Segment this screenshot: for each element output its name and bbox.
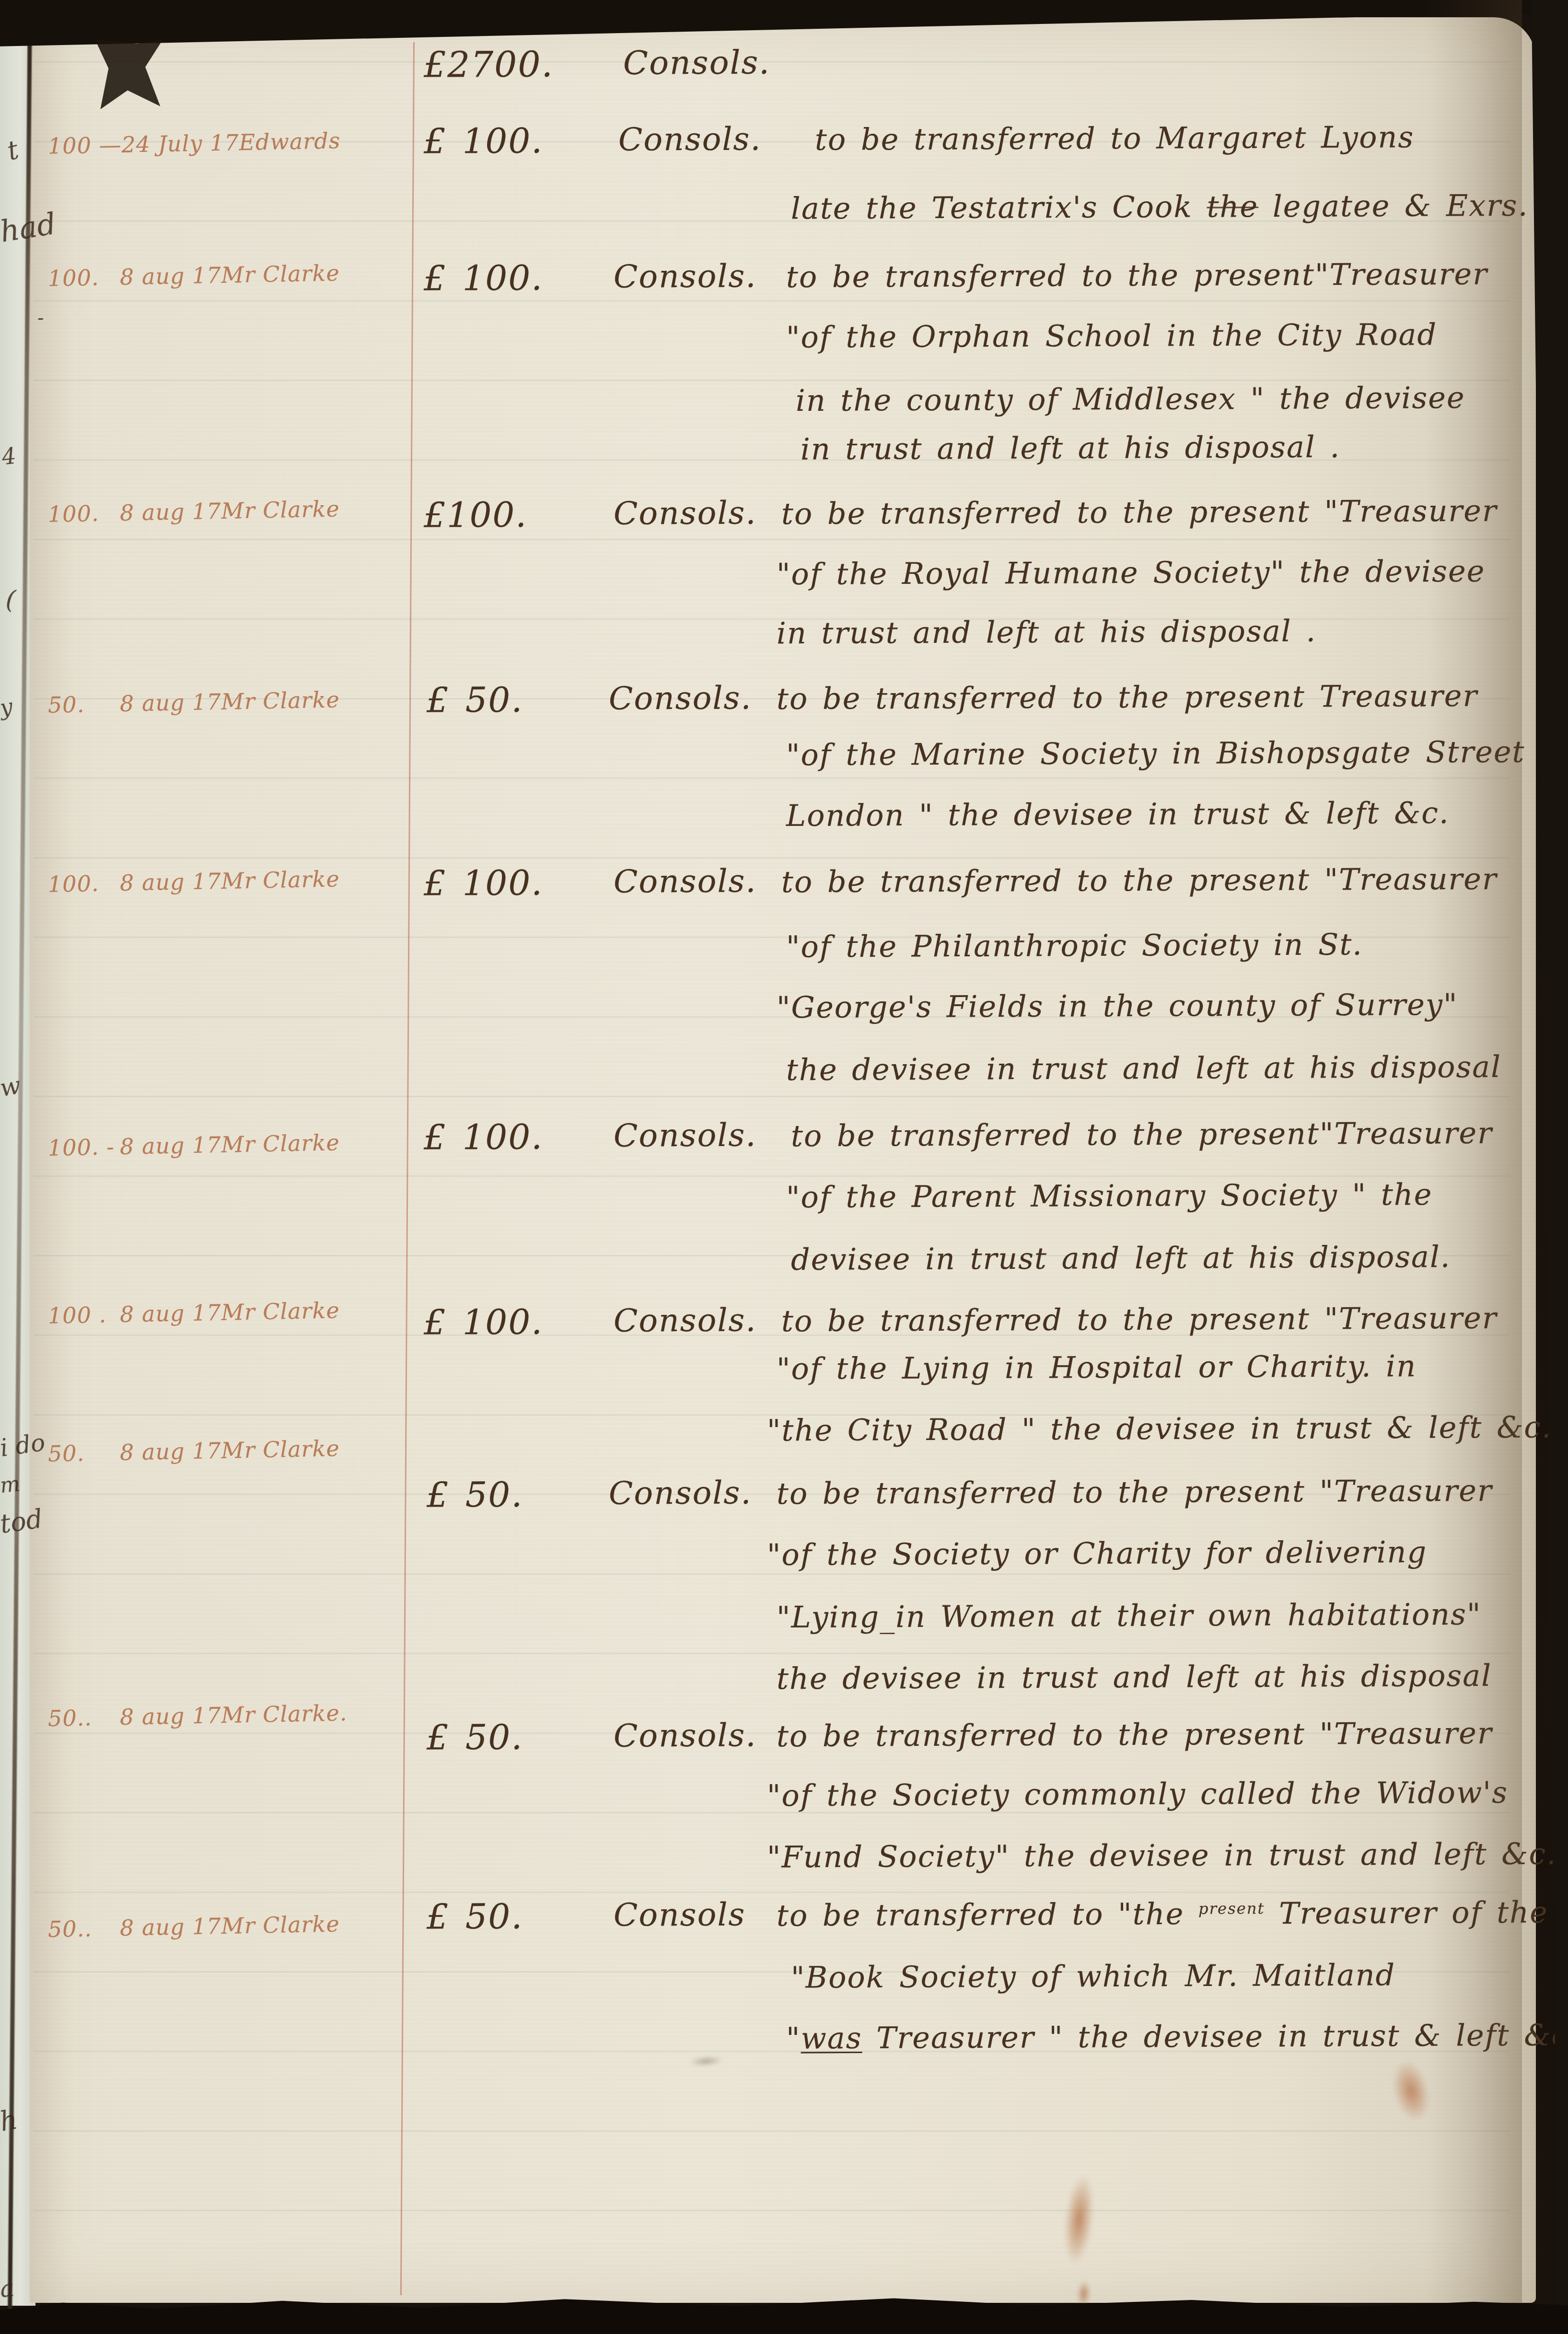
- ledger-line-chunk: £ 50.: [427, 680, 523, 720]
- ledger-line-chunk: to be transferred to the present Treasur…: [777, 678, 1478, 716]
- ledger-line: "of the Philanthropic Society in St.: [0, 928, 1568, 974]
- facing-ink-fragment: -: [37, 307, 44, 329]
- text-segment: London " the devisee in trust & left &c.: [786, 795, 1450, 833]
- text-segment: "of the Society or Charity for deliverin…: [767, 1534, 1427, 1572]
- text-segment: in trust and left at his disposal .: [801, 430, 1340, 467]
- text-segment: present: [1198, 1899, 1265, 1918]
- ledger-line: £ 50.Consols.to be transferred to the pr…: [0, 680, 1568, 726]
- ledger-line-chunk: £ 50.: [427, 1475, 523, 1515]
- ledger-line-chunk: in trust and left at his disposal .: [777, 614, 1316, 651]
- facing-ink-fragment: 4: [0, 443, 17, 470]
- ledger-line-chunk: the devisee in trust and left at his dis…: [777, 1658, 1492, 1696]
- facing-ink-fragment: (: [5, 585, 16, 615]
- text-segment: Consols.: [614, 1301, 757, 1339]
- ledger-line-chunk: Consols.: [609, 679, 752, 717]
- ledger-line-chunk: Consols.: [614, 862, 757, 900]
- ledger-line-chunk: "Lying_in Women at their own habitations…: [777, 1597, 1482, 1635]
- ledger-line-chunk: Consols.: [614, 494, 757, 532]
- page-right-shadow: [1426, 0, 1522, 2334]
- ledger-line-chunk: £ 100.: [424, 862, 543, 903]
- text-segment: to be transferred to the present"Treasur…: [791, 1115, 1493, 1153]
- ledger-line: the devisee in trust and left at his dis…: [0, 1051, 1568, 1097]
- text-segment: Consols.: [614, 494, 757, 532]
- ledger-line-chunk: Consols.: [614, 1116, 757, 1154]
- text-segment: Consols.: [614, 1717, 757, 1754]
- ledger-line-chunk: "of the Lying in Hospital or Charity. in: [777, 1348, 1417, 1386]
- text-segment: £2700.: [424, 44, 554, 85]
- ledger-line-chunk: Consols.: [614, 1717, 757, 1754]
- ledger-line-chunk: Consols.: [614, 257, 757, 295]
- text-segment: to be transferred to the present "Treasu…: [781, 1301, 1498, 1339]
- text-segment: devisee in trust and left at his disposa…: [791, 1239, 1451, 1277]
- text-segment: in the county of Middlesex " the devisee: [796, 380, 1465, 418]
- ledger-line: late the Testatrix's Cook the legatee & …: [0, 189, 1568, 235]
- text-segment: in trust and left at his disposal .: [777, 614, 1316, 651]
- ledger-line: "of the Lying in Hospital or Charity. in: [0, 1350, 1568, 1396]
- text-segment: to be transferred to the present "Treasu…: [781, 861, 1498, 900]
- ledger-line: £100.Consols.to be transferred to the pr…: [0, 495, 1568, 541]
- ledger-line: "was Treasurer " the devisee in trust & …: [0, 2019, 1568, 2065]
- text-segment: Consols.: [609, 679, 752, 717]
- ledger-line: in the county of Middlesex " the devisee: [0, 382, 1568, 428]
- ledger-line-chunk: to be transferred to the present"Treasur…: [786, 256, 1488, 294]
- ledger-line: "Book Society of which Mr. Maitland: [0, 1959, 1568, 2005]
- text-segment: "Book Society of which Mr. Maitland: [791, 1957, 1396, 1995]
- ledger-line-chunk: "of the Philanthropic Society in St.: [786, 927, 1363, 964]
- text-segment: £100.: [424, 495, 527, 535]
- text-segment: was: [801, 2020, 862, 2056]
- ledger-line-chunk: to be transferred to Margaret Lyons: [815, 119, 1414, 157]
- text-segment: Consols.: [609, 1474, 752, 1511]
- text-segment: "Lying_in Women at their own habitations…: [777, 1597, 1482, 1635]
- text-segment: "George's Fields in the county of Surrey…: [777, 987, 1458, 1025]
- text-segment: £ 100.: [424, 257, 543, 298]
- ledger-line-chunk: "of the Parent Missionary Society " the: [786, 1177, 1433, 1215]
- ledger-line: £ 100.Consols.to be transferred to the p…: [0, 258, 1568, 304]
- ledger-line-chunk: London " the devisee in trust & left &c.: [786, 795, 1450, 833]
- ledger-line-chunk: "of the Society commonly called the Wido…: [767, 1775, 1508, 1813]
- ledger-line: "of the Parent Missionary Society " the: [0, 1178, 1568, 1224]
- ledger-line: £ 100.Consols.to be transferred to Marga…: [0, 121, 1568, 167]
- text-segment: "of the Orphan School in the City Road: [786, 317, 1437, 355]
- ledger-line: £ 100.Consols.to be transferred to the p…: [0, 863, 1568, 909]
- text-segment: £ 100.: [424, 862, 543, 903]
- text-segment: to be transferred to the present Treasur…: [777, 678, 1478, 716]
- ledger-line: "of the Royal Humane Society" the devise…: [0, 555, 1568, 601]
- text-segment: "of the Philanthropic Society in St.: [786, 927, 1363, 964]
- text-segment: ": [786, 2020, 801, 2055]
- ledger-line: "Lying_in Women at their own habitations…: [0, 1598, 1568, 1644]
- ledger-line-chunk: "Book Society of which Mr. Maitland: [791, 1957, 1396, 1995]
- text-segment: "of the Lying in Hospital or Charity. in: [777, 1348, 1417, 1386]
- ledger-line-chunk: "of the Royal Humane Society" the devise…: [777, 554, 1486, 592]
- ledger-line: London " the devisee in trust & left &c.: [0, 797, 1568, 843]
- ledger-line-chunk: to be transferred to the present "Treasu…: [781, 493, 1498, 532]
- ledger-line-chunk: to be transferred to the present "Treasu…: [781, 861, 1498, 900]
- ledger-line-chunk: Consols.: [614, 1301, 757, 1339]
- ledger-line-chunk: devisee in trust and left at his disposa…: [791, 1239, 1451, 1277]
- ledger-line-chunk: £ 100.: [424, 257, 543, 298]
- ledger-line: "of the Society or Charity for deliverin…: [0, 1536, 1568, 1582]
- text-segment: "of the Parent Missionary Society " the: [786, 1177, 1433, 1215]
- facing-ink-fragment: m: [0, 1472, 21, 1498]
- text-segment: Consols.: [614, 1116, 757, 1154]
- ledger-line-chunk: "George's Fields in the county of Surrey…: [777, 987, 1458, 1025]
- text-segment: to be transferred to the present"Treasur…: [786, 256, 1488, 294]
- text-segment: Consols: [614, 1896, 746, 1933]
- ledger-line-chunk: Consols.: [623, 44, 770, 82]
- text-segment: Consols.: [614, 257, 757, 295]
- ledger-line-chunk: £ 100.: [424, 1116, 543, 1157]
- ledger-line-chunk: Consols.: [609, 1474, 752, 1511]
- ledger-line-chunk: £ 50.: [427, 1896, 523, 1937]
- text-segment: to be transferred to the present "Treasu…: [777, 1473, 1493, 1511]
- ledger-line-chunk: "of the Marine Society in Bishopsgate St…: [786, 734, 1525, 773]
- ledger-line-chunk: £2700.: [424, 44, 554, 85]
- ledger-line: £ 100.Consols.to be transferred to the p…: [0, 1302, 1568, 1348]
- text-segment: £ 50.: [427, 680, 523, 720]
- text-segment: to be transferred to Margaret Lyons: [815, 119, 1414, 157]
- text-segment: "of the Society commonly called the Wido…: [767, 1775, 1508, 1813]
- text-segment: to be transferred to the present "Treasu…: [781, 493, 1498, 532]
- ledger-line-chunk: Consols: [614, 1896, 746, 1933]
- ledger-line: devisee in trust and left at his disposa…: [0, 1241, 1568, 1287]
- ledger-line-chunk: £ 100.: [424, 120, 543, 161]
- text-segment: "of the Royal Humane Society" the devise…: [777, 554, 1486, 592]
- ledger-line: £2700.Consols.: [0, 44, 1568, 90]
- text-segment: the devisee in trust and left at his dis…: [777, 1658, 1492, 1696]
- text-segment: £ 50.: [427, 1475, 523, 1515]
- ledger-line: "of the Society commonly called the Wido…: [0, 1777, 1568, 1823]
- text-segment: £ 50.: [427, 1717, 523, 1758]
- text-segment: £ 50.: [427, 1896, 523, 1937]
- ledger-line-chunk: £ 100.: [424, 1301, 543, 1342]
- text-segment: the devisee in trust and left at his dis…: [786, 1049, 1501, 1088]
- ledger-line-chunk: £100.: [424, 495, 527, 535]
- ledger-line: the devisee in trust and left at his dis…: [0, 1660, 1568, 1706]
- text-segment: £ 100.: [424, 120, 543, 161]
- ledger-line-chunk: £ 50.: [427, 1717, 523, 1758]
- ledger-line-chunk: late the Testatrix's Cook the legatee & …: [791, 188, 1529, 226]
- text-segment: "of the Marine Society in Bishopsgate St…: [786, 734, 1525, 773]
- ledger-line-chunk: to be transferred to the present "Treasu…: [777, 1473, 1493, 1511]
- text-segment: to be transferred to the present "Treasu…: [777, 1716, 1493, 1754]
- ledger-line: "the City Road " the devisee in trust & …: [0, 1411, 1568, 1457]
- ledger-line-chunk: Consols.: [618, 120, 762, 158]
- ledger-line: "Fund Society" the devisee in trust and …: [0, 1838, 1568, 1884]
- ledger-line: £ 50.Consols.to be transferred to the pr…: [0, 1475, 1568, 1521]
- text-segment: the: [1207, 189, 1258, 224]
- facing-ink-fragment: tod: [0, 1503, 45, 1539]
- ledger-line: £ 50.Consols.to be transferred to the pr…: [0, 1717, 1568, 1763]
- ledger-line-chunk: "of the Orphan School in the City Road: [786, 317, 1437, 355]
- ledger-line: "George's Fields in the county of Surrey…: [0, 988, 1568, 1034]
- text-segment: £ 100.: [424, 1116, 543, 1157]
- text-segment: late the Testatrix's Cook: [791, 189, 1207, 226]
- text-segment: Consols.: [618, 120, 762, 158]
- ledger-line: "of the Orphan School in the City Road: [0, 318, 1568, 364]
- ledger-line: £ 50.Consolsto be transferred to "the pr…: [0, 1896, 1568, 1942]
- text-segment: to be transferred to "the: [777, 1896, 1198, 1933]
- ledger-line-chunk: to be transferred to the present "Treasu…: [777, 1716, 1493, 1754]
- text-segment: Consols.: [614, 862, 757, 900]
- ledger-line: "of the Marine Society in Bishopsgate St…: [0, 736, 1568, 782]
- ledger-line-chunk: to be transferred to the present "Treasu…: [781, 1301, 1498, 1339]
- ledger-line-chunk: the devisee in trust and left at his dis…: [786, 1049, 1501, 1088]
- ledger-line: £ 100.Consols.to be transferred to the p…: [0, 1117, 1568, 1163]
- text-segment: £ 100.: [424, 1301, 543, 1342]
- ledger-line-chunk: to be transferred to the present"Treasur…: [791, 1115, 1493, 1153]
- ledger-line-chunk: in trust and left at his disposal .: [801, 430, 1340, 467]
- ledger-line: in trust and left at his disposal .: [0, 430, 1568, 476]
- ledger-line: in trust and left at his disposal .: [0, 615, 1568, 661]
- ledger-line-chunk: "of the Society or Charity for deliverin…: [767, 1534, 1427, 1572]
- ledger-line-chunk: in the county of Middlesex " the devisee: [796, 380, 1465, 418]
- text-segment: Consols.: [623, 44, 770, 82]
